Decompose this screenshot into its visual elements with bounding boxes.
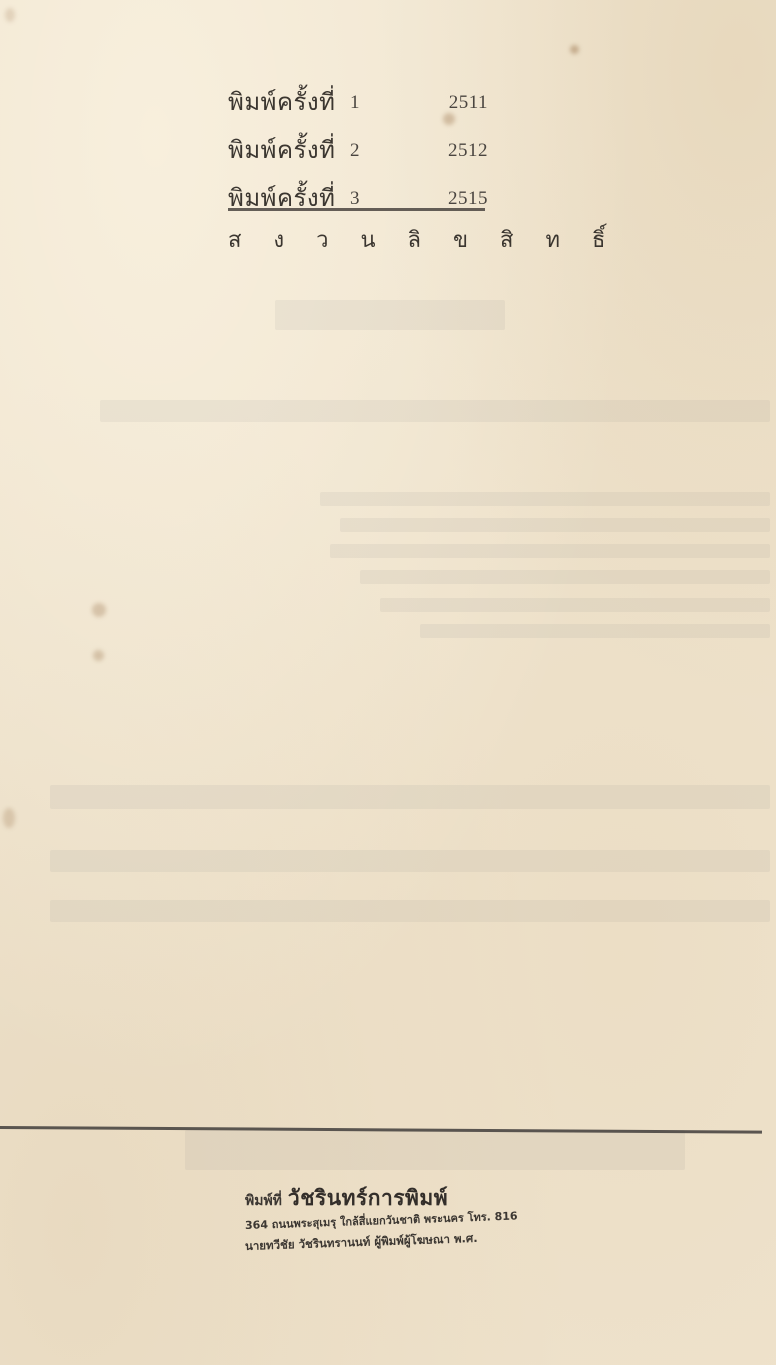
paper-stain xyxy=(93,650,104,661)
paper-stain xyxy=(5,8,15,22)
edition-year: 2512 xyxy=(448,140,490,162)
imprint-prefix: พิมพ์ที่ xyxy=(245,1190,282,1212)
bleed-through-text xyxy=(360,570,770,584)
edition-year: 2515 xyxy=(448,188,490,210)
edition-label: พิมพ์ครั้งที่ xyxy=(228,186,346,210)
edition-number: 1 xyxy=(346,92,390,114)
bleed-through-text xyxy=(380,598,770,612)
edition-number: 2 xyxy=(346,140,390,162)
edition-label: พิมพ์ครั้งที่ xyxy=(228,138,346,162)
edition-number: 3 xyxy=(346,188,390,210)
bleed-through-text xyxy=(50,900,770,922)
copyright-notice: ส ง ว น ลิ ข สิ ท ธิ์ xyxy=(228,222,488,257)
bleed-through-text xyxy=(185,1130,685,1170)
edition-label: พิมพ์ครั้งที่ xyxy=(228,90,346,114)
printer-imprint: พิมพ์ที่ วัชรินทร์การพิมพ์ 364 ถนนพระสุเ… xyxy=(245,1182,585,1256)
bleed-through-text xyxy=(100,400,770,422)
divider-rule xyxy=(228,208,485,211)
edition-year: 2511 xyxy=(449,92,490,114)
printing-history-row: พิมพ์ครั้งที่ 3 2515 xyxy=(228,162,490,210)
bleed-through-text xyxy=(50,850,770,872)
paper-stain xyxy=(3,808,15,828)
paper-stain xyxy=(92,603,106,617)
printing-history-row: พิมพ์ครั้งที่ 1 2511 xyxy=(228,66,490,114)
bleed-through-text xyxy=(340,518,770,532)
printing-history: พิมพ์ครั้งที่ 1 2511 พิมพ์ครั้งที่ 2 251… xyxy=(228,66,490,210)
paper-stain xyxy=(570,45,579,54)
bleed-through-text xyxy=(50,785,770,809)
bleed-through-text xyxy=(330,544,770,558)
scanned-page: { "page": { "type": "book colophon page"… xyxy=(0,0,776,1365)
bleed-through-text xyxy=(320,492,770,506)
bleed-through-text xyxy=(275,300,505,330)
printing-history-row: พิมพ์ครั้งที่ 2 2512 xyxy=(228,114,490,162)
bleed-through-text xyxy=(420,624,770,638)
